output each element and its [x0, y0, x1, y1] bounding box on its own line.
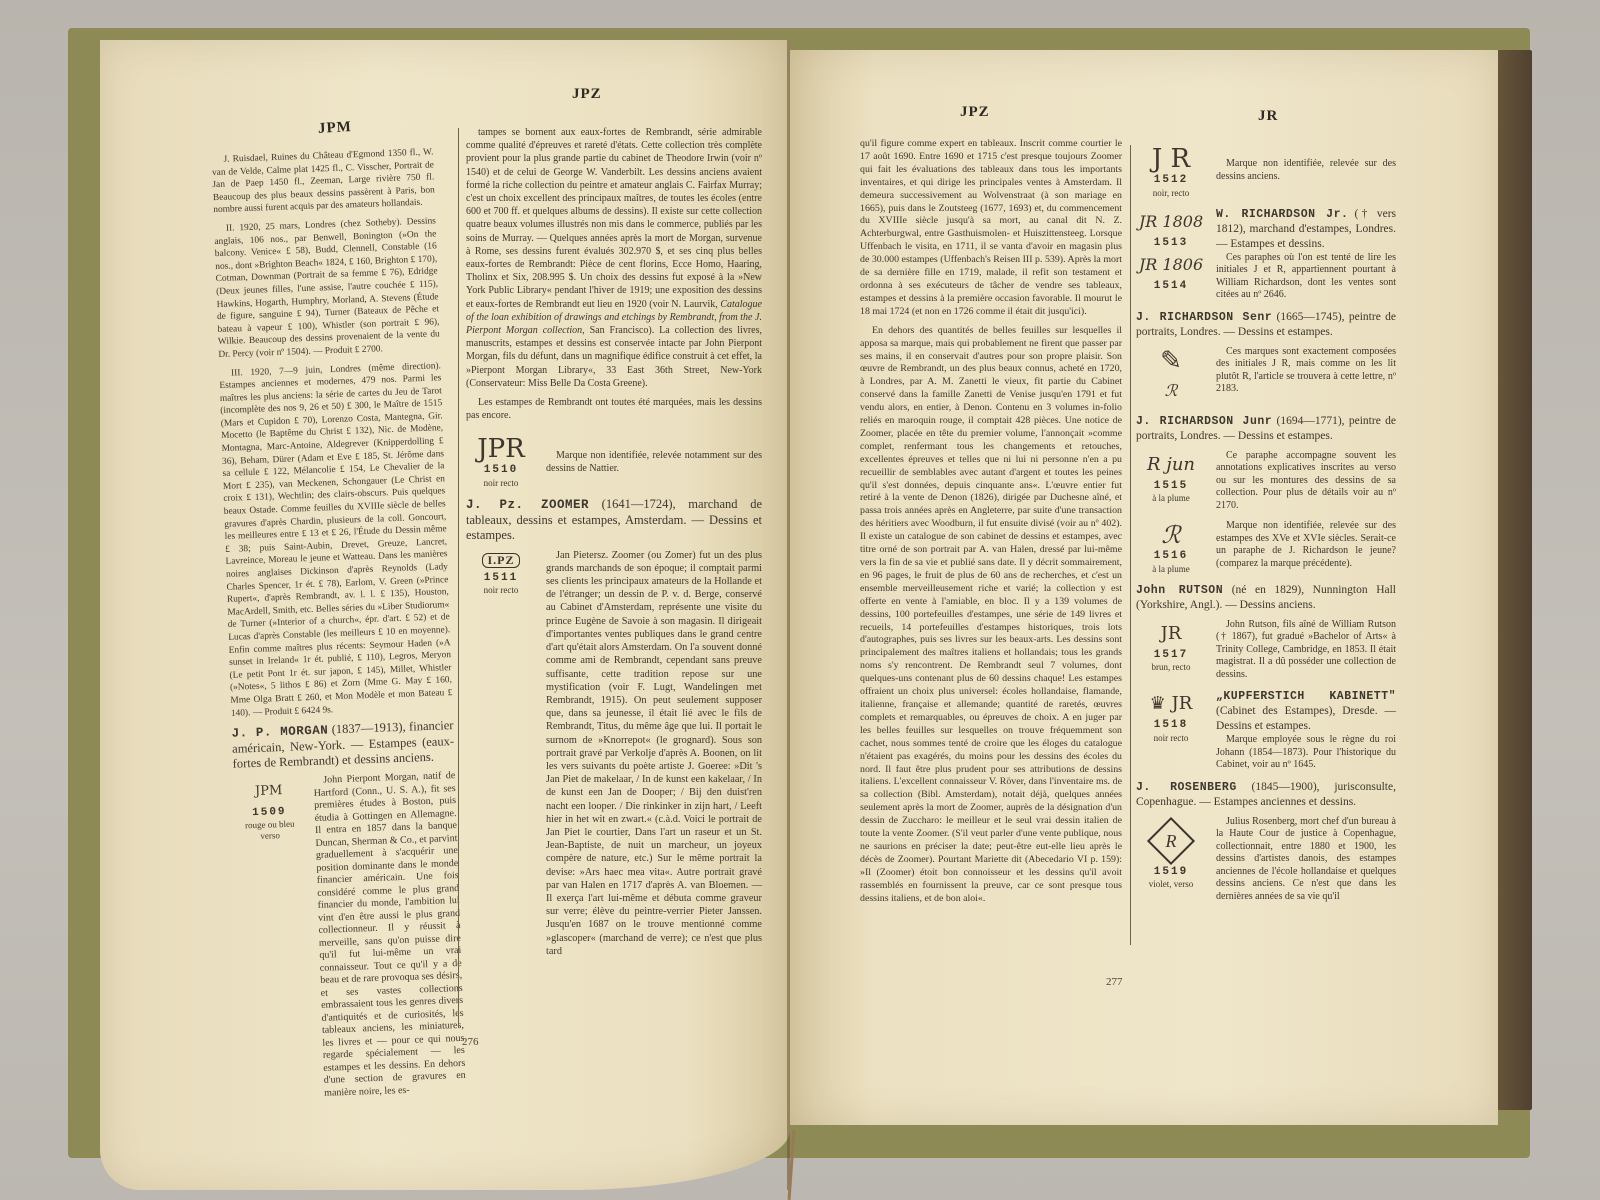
paragraph: Les estampes de Rembrandt ont toutes été…: [466, 396, 762, 422]
jpr-mark-icon: JPR: [466, 434, 536, 464]
running-head-jpm: JPM: [318, 119, 353, 138]
right-page-column-2: J R 1512 noir, recto Marque non identifi…: [1136, 140, 1396, 911]
page-number-right: 277: [1106, 976, 1123, 988]
mark-number: 1511: [466, 572, 536, 585]
mark-richardson-sen: ✎ ℛ Ces marques sont exactement composée…: [1136, 346, 1396, 406]
entry-body: Marque non identifiée, relevée notamment…: [546, 434, 762, 488]
r-jun-paraph-icon: R jun: [1136, 450, 1206, 480]
entry-title: W. RICHARDSON Jr. († vers 1812), marchan…: [1216, 207, 1396, 252]
entry-body: John Pierpont Morgan, natif de Hartford …: [313, 770, 466, 1100]
paragraph: qu'il figure comme expert en tableaux. I…: [860, 138, 1122, 319]
jr-1806-paraph-icon: JR 1806: [1136, 250, 1206, 280]
mark-1518: ♛ JR 1518 noir recto „KUPFERSTICH KABINE…: [1136, 689, 1396, 772]
collector-mark: JR 1517 brun, recto: [1136, 619, 1206, 682]
column-divider: [1130, 145, 1131, 945]
mark-note: brun, recto: [1136, 662, 1206, 673]
mark-number: 1512: [1136, 174, 1206, 188]
mark-1516: ℛ 1516 à la plume Marque non identifiée,…: [1136, 520, 1396, 575]
entry-text: Marque non identifiée, relevée notamment…: [546, 450, 762, 475]
running-head-jr: JR: [1258, 108, 1278, 125]
mark-1510: JPR 1510 noir recto Marque non identifié…: [466, 434, 762, 488]
entry-name: W. RICHARDSON Jr.: [1216, 208, 1348, 221]
entry-body: John Rutson, fils aîné de William Rutson…: [1216, 619, 1396, 682]
r-flourish-mark-icon: ℛ: [1136, 520, 1206, 550]
entry-text: John Pierpont Morgan, natif de Hartford …: [313, 770, 466, 1100]
mark-note: violet, verso: [1136, 879, 1206, 890]
entry-text: Marque non identifiée, relevée sur des d…: [1216, 158, 1396, 183]
crown-jr-mark-icon: ♛ JR: [1136, 689, 1206, 719]
mark-number: 1518: [1136, 719, 1206, 733]
paragraph-text: tampes se bornent aux eaux-fortes de Rem…: [466, 127, 762, 310]
entry-body: Julius Rosenberg, mort chef d'un bureau …: [1216, 816, 1396, 904]
collector-mark: ♛ JR 1518 noir recto: [1136, 689, 1206, 772]
entry-text: Julius Rosenberg, mort chef d'un bureau …: [1216, 816, 1396, 904]
paragraph: J. Ruisdael, Ruines du Château d'Egmond …: [211, 146, 435, 217]
mark-note: à la plume: [1136, 493, 1206, 504]
entry-name: J. RICHARDSON Junr: [1136, 415, 1272, 428]
mark-note: rouge ou bleu verso: [235, 818, 306, 842]
mark-note: noir recto: [1136, 733, 1206, 744]
entry-text: John Rutson, fils aîné de William Rutson…: [1216, 619, 1396, 682]
diamond-r-mark-icon: R: [1147, 817, 1195, 865]
mark-1509: JPM 1509 rouge ou bleu verso John Pierpo…: [233, 770, 466, 1103]
left-page-column-2: tampes se bornent aux eaux-fortes de Rem…: [466, 126, 762, 966]
mark-note: à la plume: [1136, 564, 1206, 575]
jr-monogram-icon: JR: [1136, 619, 1206, 649]
entry-body: Marque non identifiée, relevée sur des e…: [1216, 520, 1396, 575]
left-page-column-1: J. Ruisdael, Ruines du Château d'Egmond …: [211, 146, 466, 1110]
entry-text: Marque employée sous le règne du roi Joh…: [1216, 734, 1396, 772]
mark-1515: R jun 1515 à la plume Ce paraphe accompa…: [1136, 450, 1396, 513]
mark-1519: R 1519 violet, verso Julius Rosenberg, m…: [1136, 816, 1396, 904]
entry-name: J. Pz. ZOOMER: [466, 498, 589, 512]
mark-1512: J R 1512 noir, recto Marque non identifi…: [1136, 144, 1396, 199]
entry-text: Jan Pietersz. Zoomer (ou Zomer) fut un d…: [546, 549, 762, 958]
mark-note: noir recto: [466, 585, 536, 596]
r-mark-icon: ℛ: [1136, 376, 1206, 406]
ipz-mark-icon: I.PZ: [482, 553, 519, 568]
mark-number: 1515: [1136, 480, 1206, 494]
paragraph: III. 1920, 7—9 juin, Londres (même direc…: [219, 360, 453, 720]
jr-mark-icon: J R: [1136, 144, 1206, 174]
entry-body: Ce paraphe accompagne souvent les annota…: [1216, 450, 1396, 513]
collector-mark: JPM 1509 rouge ou bleu verso: [233, 775, 314, 1102]
mark-number: 1519: [1136, 866, 1206, 880]
collector-mark: ℛ 1516 à la plume: [1136, 520, 1206, 575]
entry-title-richardson-jun: J. RICHARDSON Junr (1694—1771), peintre …: [1136, 414, 1396, 444]
collector-mark: JPR 1510 noir recto: [466, 434, 536, 488]
mark-number: 1516: [1136, 550, 1206, 564]
entry-title-rosenberg: J. ROSENBERG (1845—1900), jurisconsulte,…: [1136, 780, 1396, 810]
entry-name: J. ROSENBERG: [1136, 781, 1237, 794]
entry-title-rutson: John RUTSON (né en 1829), Nunnington Hal…: [1136, 583, 1396, 613]
mark-number: 1514: [1136, 280, 1206, 294]
palette-mark-icon: ✎: [1136, 346, 1206, 376]
collector-mark: JR 1808 1513 JR 1806 1514: [1136, 207, 1206, 302]
running-head-jpz-left: JPZ: [572, 86, 602, 103]
paragraph: tampes se bornent aux eaux-fortes de Rem…: [466, 126, 762, 390]
running-head-jpz-right: JPZ: [960, 104, 990, 121]
collector-mark: R jun 1515 à la plume: [1136, 450, 1206, 513]
entry-name: John RUTSON: [1136, 584, 1223, 597]
entry-body: W. RICHARDSON Jr. († vers 1812), marchan…: [1216, 207, 1396, 302]
mark-1511: I.PZ 1511 noir recto Jan Pietersz. Zoome…: [466, 549, 762, 958]
entry-description: (Cabinet des Estampes), Dresde. — Dessin…: [1216, 705, 1396, 732]
entry-body: „KUPFERSTICH KABINETT" (Cabinet des Esta…: [1216, 689, 1396, 772]
mark-1513-1514: JR 1808 1513 JR 1806 1514 W. RICHARDSON …: [1136, 207, 1396, 302]
entry-body: Ces marques sont exactement composées de…: [1216, 346, 1396, 406]
entry-name: J. RICHARDSON Senr: [1136, 311, 1272, 324]
entry-name: „KUPFERSTICH KABINETT": [1216, 690, 1396, 703]
entry-title-zoomer: J. Pz. ZOOMER (1641—1724), marchand de t…: [466, 497, 762, 543]
mark-number: 1513: [1136, 237, 1206, 251]
collector-mark: I.PZ 1511 noir recto: [466, 549, 536, 958]
paragraph: En dehors des quantités de belles feuill…: [860, 325, 1122, 906]
collector-mark: R 1519 violet, verso: [1136, 816, 1206, 904]
collector-mark: J R 1512 noir, recto: [1136, 144, 1206, 199]
entry-body: Jan Pietersz. Zoomer (ou Zomer) fut un d…: [546, 549, 762, 958]
entry-text: Ces paraphes où l'on est tenté de lire l…: [1216, 252, 1396, 302]
entry-text: Ce paraphe accompagne souvent les annota…: [1216, 450, 1396, 513]
entry-text: Marque non identifiée, relevée sur des e…: [1216, 520, 1396, 570]
column-divider: [458, 128, 459, 1028]
entry-body: Marque non identifiée, relevée sur des d…: [1216, 144, 1396, 199]
jpm-mark-icon: JPM: [233, 775, 304, 807]
mark-note: noir recto: [466, 478, 536, 489]
mark-number: 1517: [1136, 649, 1206, 663]
collector-mark: ✎ ℛ: [1136, 346, 1206, 406]
mark-1517: JR 1517 brun, recto John Rutson, fils aî…: [1136, 619, 1396, 682]
entry-title-kupferstich: „KUPFERSTICH KABINETT" (Cabinet des Esta…: [1216, 689, 1396, 734]
page-number-left: 276: [462, 1036, 479, 1048]
jr-1808-paraph-icon: JR 1808: [1136, 207, 1206, 237]
right-page-column-1: qu'il figure comme expert en tableaux. I…: [860, 138, 1122, 911]
entry-text: Ces marques sont exactement composées de…: [1216, 346, 1396, 396]
mark-note: noir, recto: [1136, 188, 1206, 199]
entry-title-morgan: J. P. MORGAN (1837—1913), financier amér…: [231, 718, 454, 772]
mark-number: 1510: [466, 464, 536, 477]
entry-title-richardson-sen: J. RICHARDSON Senr (1665—1745), peintre …: [1136, 310, 1396, 340]
paragraph: II. 1920, 25 mars, Londres (chez Sotheby…: [214, 215, 441, 361]
